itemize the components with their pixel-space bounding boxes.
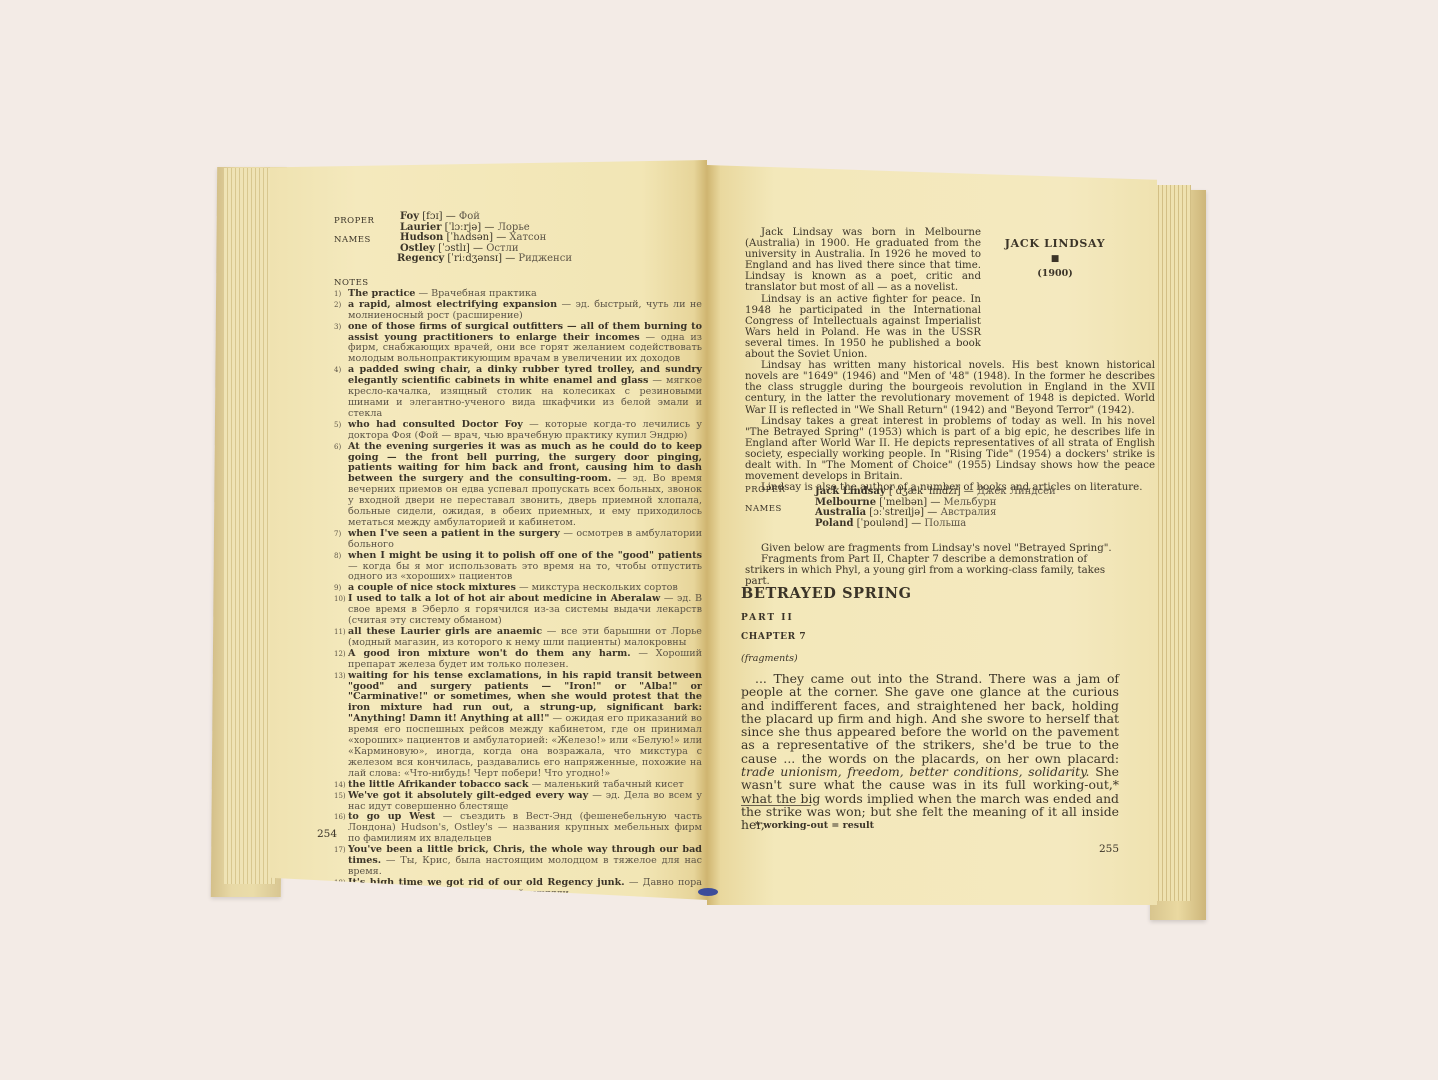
page-edges-left <box>224 168 276 884</box>
name-ipa: [ˈmelbən] <box>879 497 927 508</box>
fragments-label: (fragments) <box>741 653 798 664</box>
name-ipa: [ˈlɔːrjə] <box>445 222 482 233</box>
author-biography: Jack Lindsay was born in Melbourne (Aust… <box>745 227 1155 493</box>
label-line: NAMES <box>334 231 374 250</box>
note-text: all these Laurier girls are anaemic — вс… <box>348 627 702 649</box>
spine-bookmark-ribbon <box>698 888 718 896</box>
note-text: We've got it absolutely gilt-edged every… <box>348 791 702 813</box>
label-line: NAMES <box>745 500 785 519</box>
note-item: 11)all these Laurier girls are anaemic —… <box>334 627 702 649</box>
name-ipa: [ˈhʌdsən] <box>446 232 493 243</box>
name-russian: Фой <box>459 211 480 222</box>
proper-names-list: Jack Lindsay [ˈdʒæk ˈlɪndzɪ] — Джек Линд… <box>815 487 1056 529</box>
note-number: 12) <box>334 649 348 671</box>
note-russian: — микстура нескольких сортов <box>516 582 678 593</box>
note-text: when I've seen a patient in the surgery … <box>348 529 702 551</box>
name-russian: Джек Линдсей <box>977 486 1056 497</box>
page-number: 254 <box>317 828 337 840</box>
note-number: 5) <box>334 420 348 442</box>
note-text: who had consulted Doctor Foy — которые к… <box>348 420 702 442</box>
note-item: 13)waiting for his tense exclamations, i… <box>334 671 702 780</box>
note-item: 18)It's high time we got rid of our old … <box>334 878 702 900</box>
name-ipa: [ɔːˈstreɪljə] <box>869 507 924 518</box>
notes-list: 1)The practice — Врачебная практика2)a r… <box>334 289 702 900</box>
name-russian: Хатсон <box>509 232 546 243</box>
note-english: to go up West <box>348 811 435 822</box>
proper-names-label: PROPER NAMES <box>745 481 785 519</box>
left-page: PROPER NAMES Foy [fɔɪ] — ФойLaurier [ˈlɔ… <box>270 160 707 900</box>
story-title: BETRAYED SPRING <box>741 585 912 602</box>
right-page: JACK LINDSAY ■ (1900) Jack Lindsay was b… <box>707 165 1157 905</box>
note-number: 2) <box>334 300 348 322</box>
name-english: Melbourne <box>815 497 876 508</box>
note-number: 11) <box>334 627 348 649</box>
note-number: 17) <box>334 845 348 878</box>
note-english: the little Afrikander tobacco sack <box>348 779 529 790</box>
name-english: Regency <box>397 253 444 264</box>
part-heading: PART II <box>741 613 794 623</box>
note-number: 4) <box>334 365 348 420</box>
notes-section: NOTES 1)The practice — Врачебная практик… <box>334 278 702 900</box>
note-text: a padded swing chair, a dinky rubber tyr… <box>348 365 702 420</box>
name-russian: Ридженси <box>518 253 572 264</box>
note-english: who had consulted Doctor Foy <box>348 419 523 430</box>
label-line: PROPER <box>334 212 374 231</box>
footnote: * working-out = result <box>755 820 874 831</box>
footnote-rule <box>741 805 811 806</box>
story-text: ... They came out into the Strand. There… <box>741 672 1119 832</box>
note-english: We've got it absolutely gilt-edged every… <box>348 790 588 801</box>
note-number: 18) <box>334 878 348 900</box>
note-number: 8) <box>334 551 348 584</box>
name-english: Australia <box>815 507 866 518</box>
note-text: waiting for his tense exclamations, in h… <box>348 671 702 780</box>
name-ipa: [ˈriːdʒənsɪ] <box>447 253 502 264</box>
note-text: when I might be using it to polish off o… <box>348 551 702 584</box>
bio-paragraph: Jack Lindsay was born in Melbourne (Aust… <box>745 227 981 294</box>
chapter-heading: CHAPTER 7 <box>741 632 806 642</box>
note-item: 8)when I might be using it to polish off… <box>334 551 702 584</box>
note-item: 17)You've been a little brick, Chris, th… <box>334 845 702 878</box>
note-item: 3)one of those firms of surgical outfitt… <box>334 322 702 366</box>
name-english: Poland <box>815 518 853 529</box>
name-ipa: [ˈdʒæk ˈlɪndzɪ] <box>889 486 961 497</box>
name-russian: Лорье <box>498 222 530 233</box>
note-item: 7)when I've seen a patient in the surger… <box>334 529 702 551</box>
note-item: 10)I used to talk a lot of hot air about… <box>334 594 702 627</box>
name-russian: Австралия <box>940 507 996 518</box>
name-english: Foy <box>400 211 419 222</box>
label-line: PROPER <box>745 481 785 500</box>
name-russian: Мельбурн <box>944 497 997 508</box>
intro-paragraph: Given below are fragments from Lindsay's… <box>745 543 1125 554</box>
note-text: It's high time we got rid of our old Reg… <box>348 878 702 900</box>
note-text: I used to talk a lot of hot air about me… <box>348 594 702 627</box>
note-item: 12)A good iron mixture won't do them any… <box>334 649 702 671</box>
name-ipa: [ˈpoulənd] <box>857 518 908 529</box>
note-text: to go up West — съездить в Вест-Энд (феш… <box>348 812 702 845</box>
name-english: Ostley <box>400 243 435 254</box>
proper-name-row: Regency [ˈriːdʒənsɪ] — Ридженси <box>397 254 572 265</box>
note-item: 4)a padded swing chair, a dinky rubber t… <box>334 365 702 420</box>
proper-names-label: PROPER NAMES <box>334 212 374 250</box>
note-english: all these Laurier girls are anaemic <box>348 626 542 637</box>
note-english: a rapid, almost electrifying expansion <box>348 299 557 310</box>
note-number: 13) <box>334 671 348 780</box>
note-english: when I might be using it to polish off o… <box>348 550 702 561</box>
note-text: a rapid, almost electrifying expansion —… <box>348 300 702 322</box>
proper-names-list: Foy [fɔɪ] — ФойLaurier [ˈlɔːrjə] — Лорье… <box>400 212 572 265</box>
fragments-intro: Given below are fragments from Lindsay's… <box>745 543 1125 587</box>
name-english: Laurier <box>400 222 441 233</box>
name-english: Hudson <box>400 232 443 243</box>
name-ipa: [fɔɪ] <box>422 211 442 222</box>
note-item: 5)who had consulted Doctor Foy — которые… <box>334 420 702 442</box>
note-number: 14) <box>334 780 348 791</box>
note-text: A good iron mixture won't do them any ha… <box>348 649 702 671</box>
intro-paragraph: Fragments from Part II, Chapter 7 descri… <box>745 554 1125 587</box>
bio-paragraph: Lindsay has written many historical nove… <box>745 360 1155 415</box>
note-english: when I've seen a patient in the surgery <box>348 528 560 539</box>
note-number: 10) <box>334 594 348 627</box>
note-text: At the evening surgeries it was as much … <box>348 442 702 529</box>
note-item: 2)a rapid, almost electrifying expansion… <box>334 300 702 322</box>
note-number: 7) <box>334 529 348 551</box>
note-item: 15)We've got it absolutely gilt-edged ev… <box>334 791 702 813</box>
note-item: 6)At the evening surgeries it was as muc… <box>334 442 702 529</box>
bio-paragraph: Lindsay is an active fighter for peace. … <box>745 294 981 361</box>
bio-paragraph: Lindsay takes a great interest in proble… <box>745 416 1155 483</box>
name-english: Jack Lindsay <box>815 486 886 497</box>
name-russian: Остли <box>486 243 518 254</box>
note-english: The practice <box>348 288 415 299</box>
note-text: You've been a little brick, Chris, the w… <box>348 845 702 878</box>
proper-name-row: Poland [ˈpoulənd] — Польша <box>815 519 1056 530</box>
note-russian: — когда бы я мог использовать это время … <box>348 561 702 583</box>
note-russian: — Ты, Крис, была настоящим молодцом в тя… <box>348 855 702 877</box>
note-number: 9) <box>334 583 348 594</box>
note-english: A good iron mixture won't do them any ha… <box>348 648 631 659</box>
note-english: I used to talk a lot of hot air about me… <box>348 593 660 604</box>
page-edges-right <box>1155 185 1191 901</box>
name-ipa: [ˈɔstlɪ] <box>438 243 470 254</box>
note-russian: — маленький табачный кисет <box>529 779 684 790</box>
note-english: a couple of nice stock mixtures <box>348 582 516 593</box>
note-russian: — Врачебная практика <box>415 288 536 299</box>
note-number: 15) <box>334 791 348 813</box>
note-english: It's high time we got rid of our old Reg… <box>348 877 625 888</box>
note-text: one of those firms of surgical outfitter… <box>348 322 702 366</box>
story-paragraph: ... They came out into the Strand. There… <box>741 672 1119 832</box>
name-russian: Польша <box>924 518 966 529</box>
note-number: 1) <box>334 289 348 300</box>
note-item: 16)to go up West — съездить в Вест-Энд (… <box>334 812 702 845</box>
story-text-part: ... They came out into the Strand. There… <box>741 671 1119 766</box>
note-number: 6) <box>334 442 348 529</box>
page-number: 255 <box>1099 843 1119 855</box>
note-number: 3) <box>334 322 348 366</box>
